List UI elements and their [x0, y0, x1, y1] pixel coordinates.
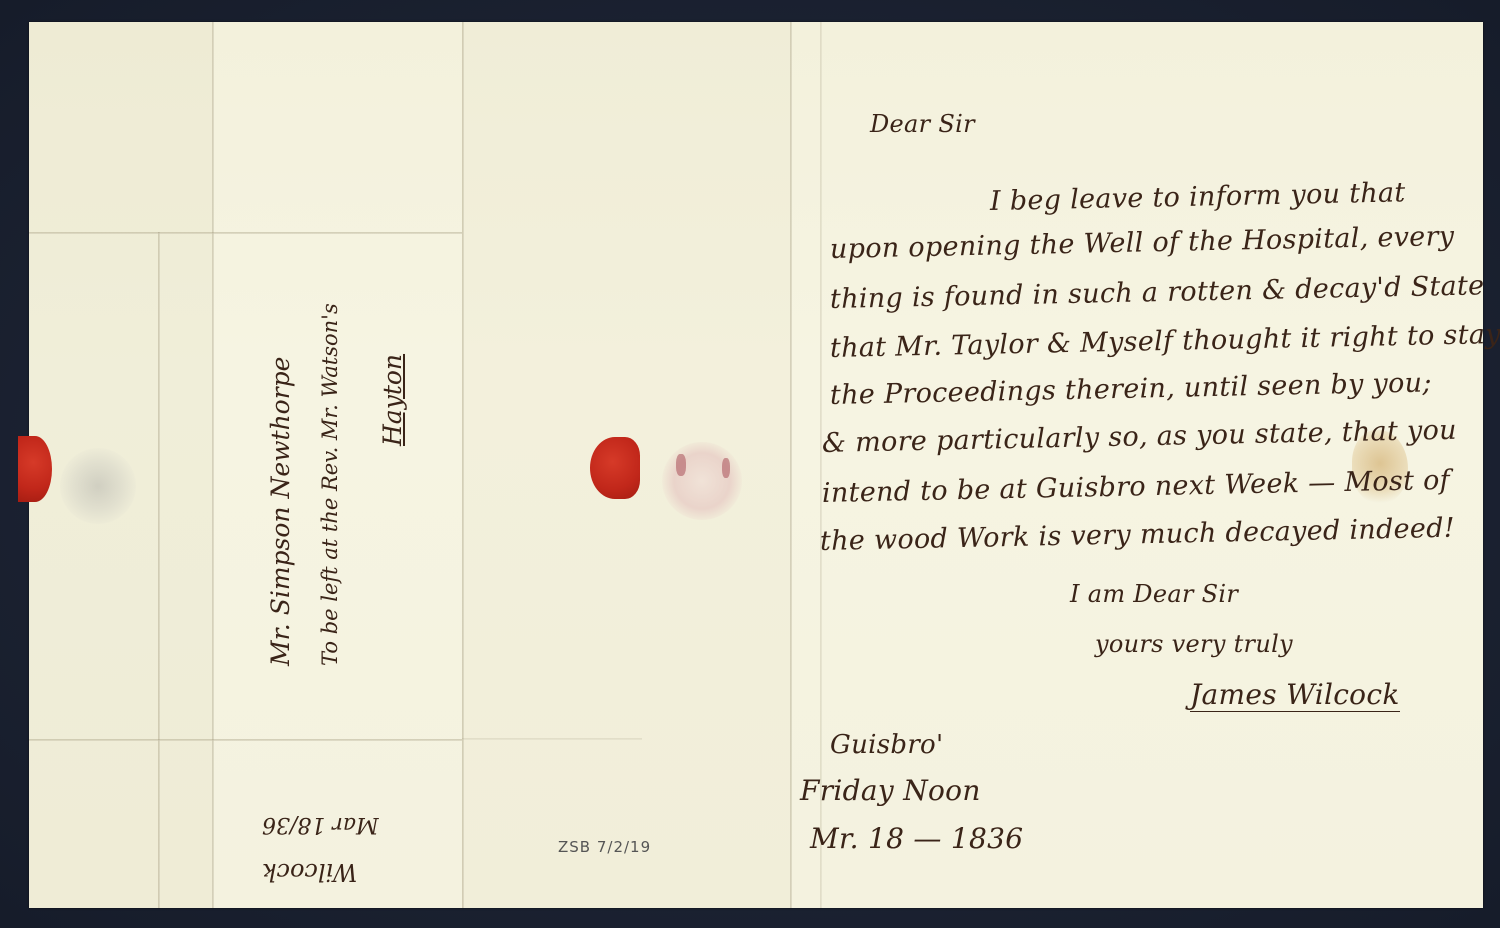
archive-reference: ZSB 7/2/19: [558, 838, 651, 856]
horizontal-fold-line: [29, 232, 462, 234]
closing-line-2: yours very truly: [1095, 630, 1293, 658]
center-seal-residue: [662, 442, 742, 520]
dateline-date: Mr. 18 — 1836: [810, 822, 1023, 855]
left-edge-wax-seal: [18, 436, 52, 502]
salutation: Dear Sir: [870, 110, 975, 138]
docket-date: Mar 18/36: [262, 812, 379, 837]
closing-line-1: I am Dear Sir: [1070, 580, 1238, 608]
address-line-recipient: Mr. Simpson Newthorpe: [266, 357, 295, 666]
dateline-day: Friday Noon: [800, 774, 981, 807]
vertical-fold-line: [790, 22, 792, 908]
docket-name: Wilcock: [262, 858, 357, 886]
vertical-fold-line: [462, 22, 464, 908]
address-line-town: Hayton: [378, 354, 407, 446]
horizontal-fold-line: [462, 738, 642, 740]
center-wax-seal: [590, 437, 640, 499]
dateline-place: Guisbro': [830, 730, 943, 760]
horizontal-fold-line: [29, 739, 462, 741]
address-line-care-of: To be left at the Rev. Mr. Watson's: [318, 303, 342, 666]
left-ghost-seal: [60, 448, 136, 524]
letter-sheet: [29, 22, 1483, 908]
vertical-fold-line: [212, 22, 214, 908]
signature: James Wilcock: [1190, 678, 1400, 712]
vertical-fold-line: [158, 232, 160, 908]
address-panel: Mr. Simpson Newthorpe To be left at the …: [268, 236, 428, 666]
